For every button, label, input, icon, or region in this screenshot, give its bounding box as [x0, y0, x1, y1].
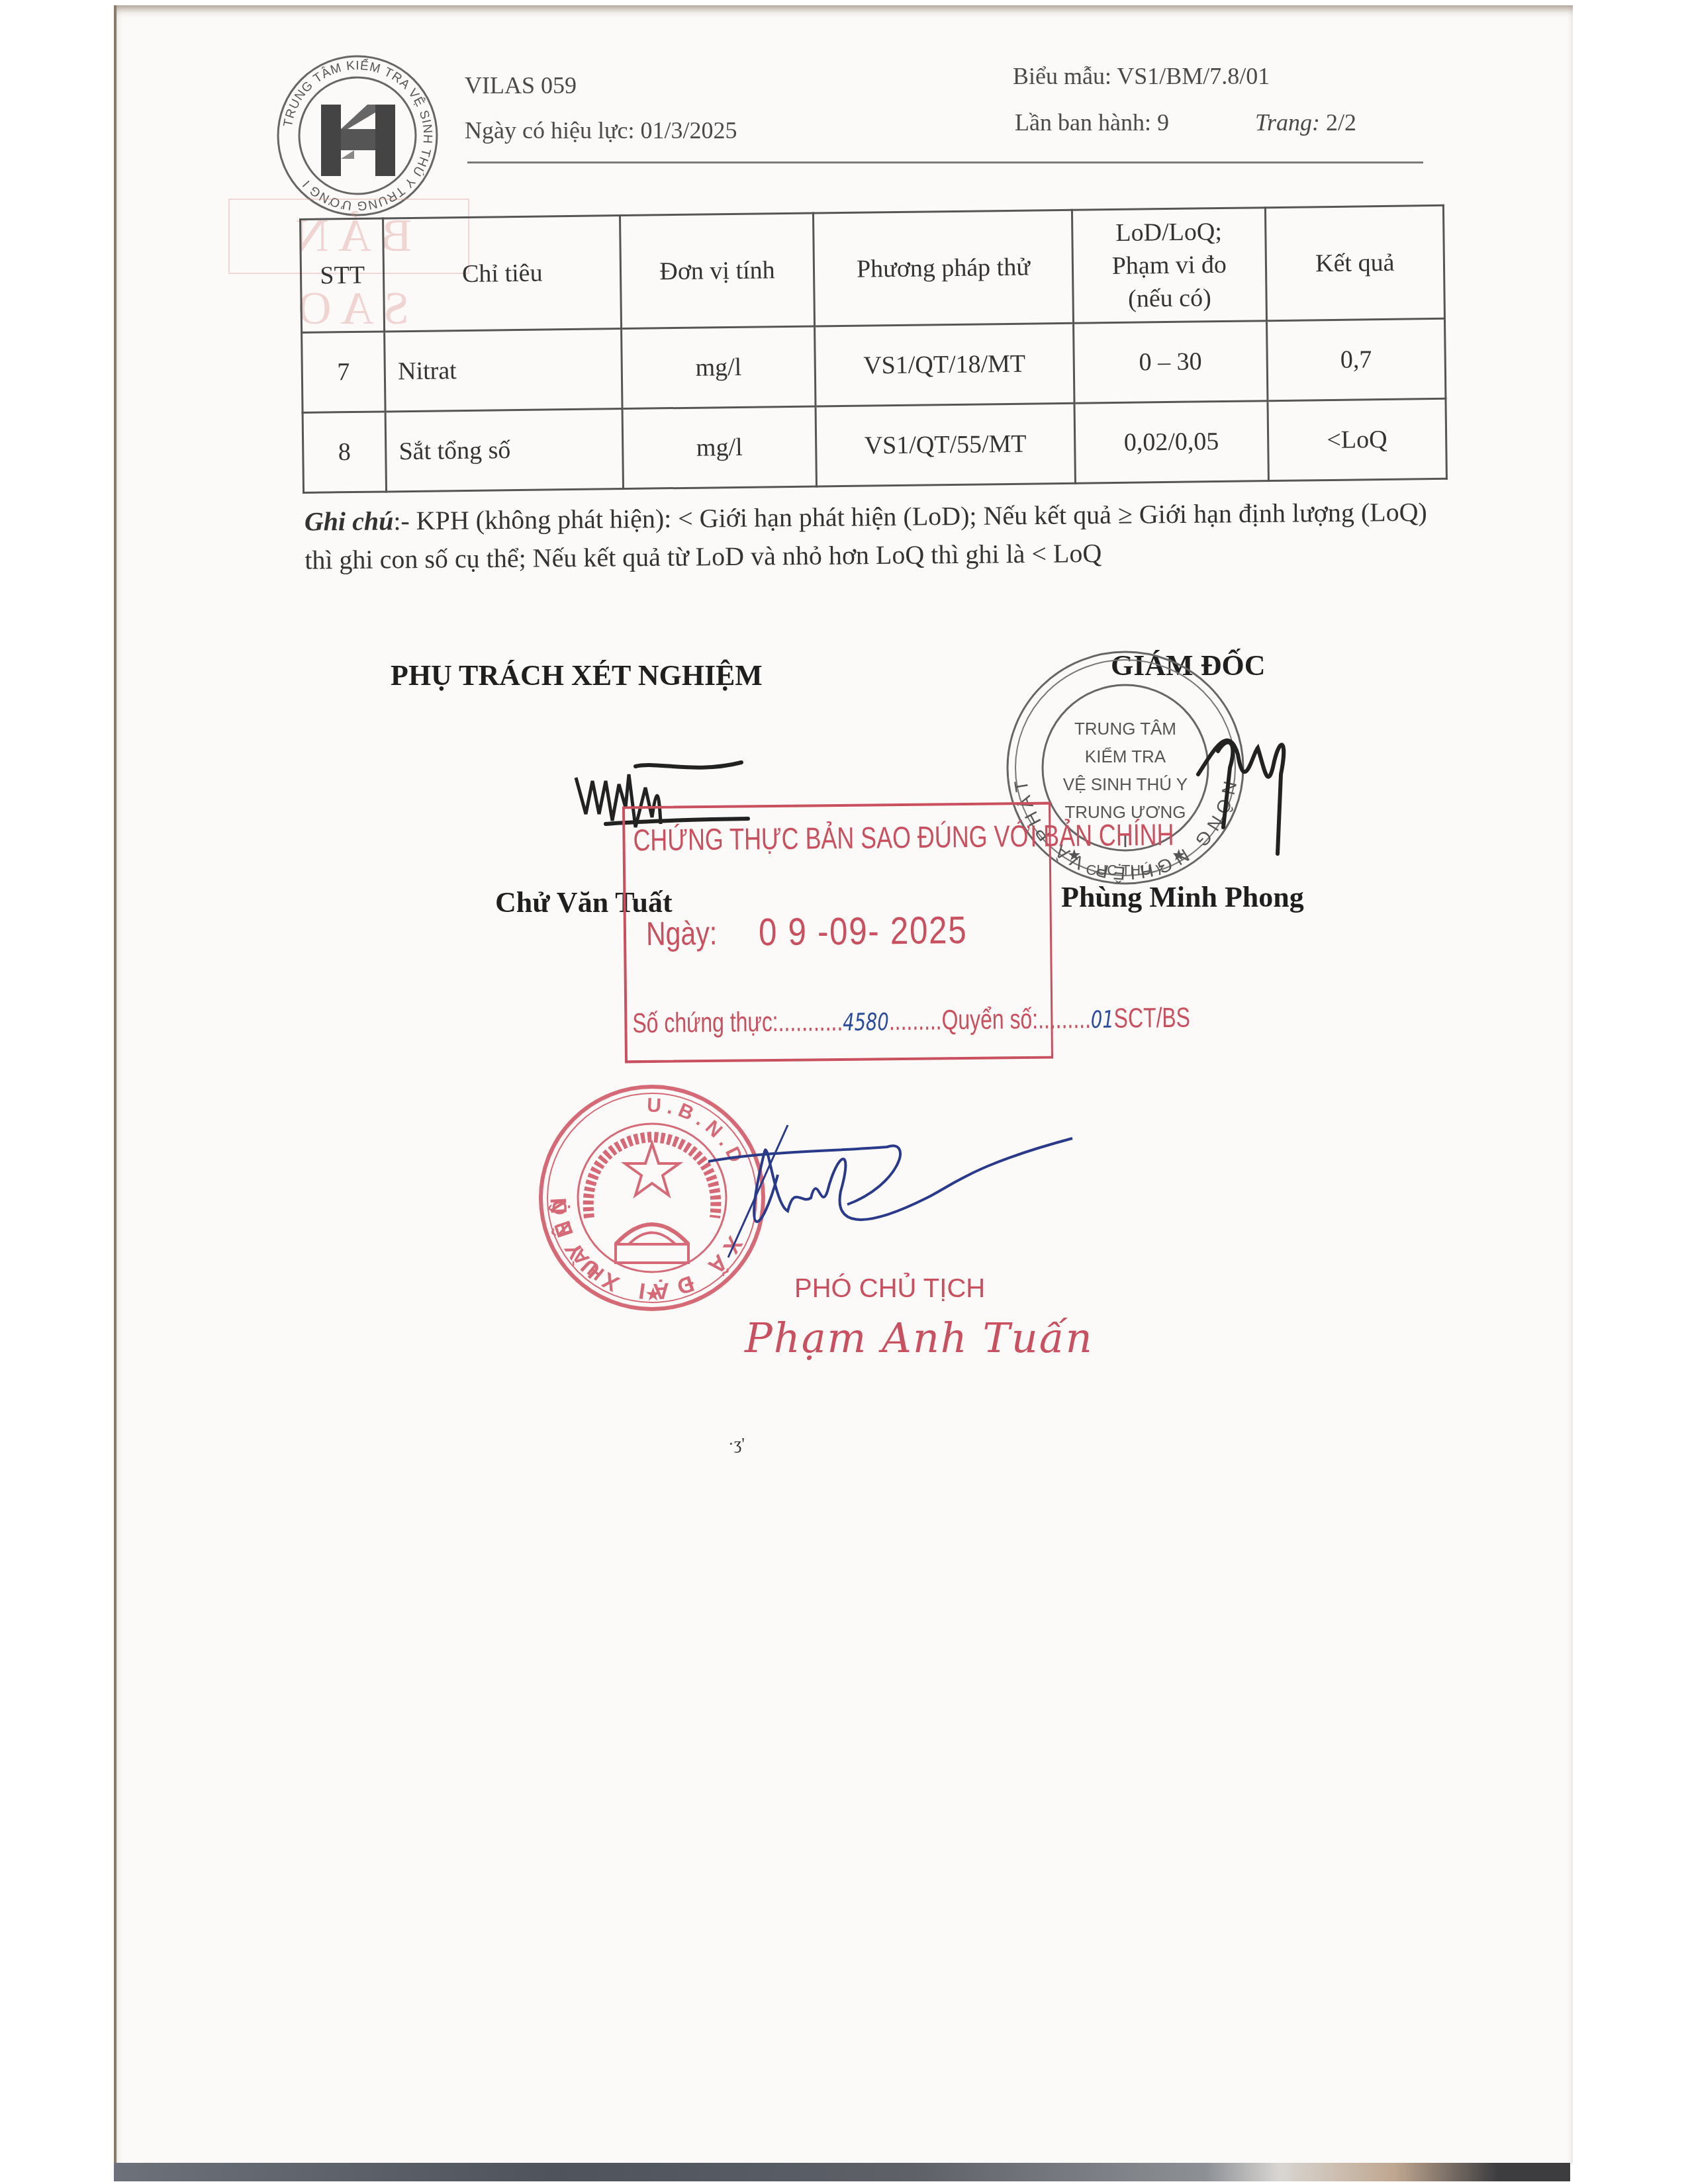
certification-date-label: Ngày:: [646, 914, 718, 953]
cert-no-value: 4580: [843, 1009, 889, 1036]
book-label: Quyển số:: [941, 1003, 1038, 1036]
director-seal-ring: NÔNG NGHIỆP VÀ PHÁT TRIỂN NÔNG THÔN: [0, 0, 1241, 884]
ink-speck: ·ʒ': [728, 1434, 745, 1453]
commune-seal-icon: XÃ ĐẠI XUYÊN U.B.N.D HÀ NỘI ★: [0, 0, 763, 1309]
commune-seal-right: HÀ NỘI: [0, 0, 608, 1285]
certification-heading: CHỨNG THỰC BẢN SAO ĐÚNG VỚI BẢN CHÍNH: [633, 817, 1174, 858]
book-value: 01: [1091, 1007, 1114, 1034]
certification-date: 0 9 -09- 2025: [759, 908, 968, 954]
seal-line-2: KIỂM TRA: [1085, 747, 1166, 766]
vice-chairman-title: PHÓ CHỦ TỊCH: [794, 1274, 985, 1304]
cert-no-label: Số chứng thực:: [632, 1006, 778, 1038]
director-seal-bottom: CỤC THÚ Y: [1086, 862, 1165, 878]
svg-text:HÀ NỘI: HÀ NỘI: [0, 0, 608, 1285]
certification-stamp: CHỨNG THỰC BẢN SAO ĐÚNG VỚI BẢN CHÍNH Ng…: [622, 802, 1053, 1064]
svg-text:★: ★: [645, 1285, 661, 1305]
svg-text:NÔNG NGHIỆP VÀ PHÁT TRIỂN NÔNG: NÔNG NGHIỆP VÀ PHÁT TRIỂN NÔNG THÔN: [0, 0, 1241, 884]
seals-and-signatures: NÔNG NGHIỆP VÀ PHÁT TRIỂN NÔNG THÔN TRUN…: [0, 0, 1688, 2184]
director-name: Phùng Minh Phong: [1061, 880, 1304, 914]
seal-line-3: VỆ SINH THÚ Y: [1063, 774, 1188, 794]
director-seal-icon: NÔNG NGHIỆP VÀ PHÁT TRIỂN NÔNG THÔN TRUN…: [0, 0, 1243, 884]
certification-number-line: Số chứng thực:...........4580.........Qu…: [632, 1001, 1190, 1039]
seal-line-1: TRUNG TÂM: [1074, 719, 1176, 739]
vice-chairman-name: Phạm Anh Tuấn: [745, 1314, 1094, 1362]
book-suffix: SCT/BS: [1113, 1001, 1190, 1033]
